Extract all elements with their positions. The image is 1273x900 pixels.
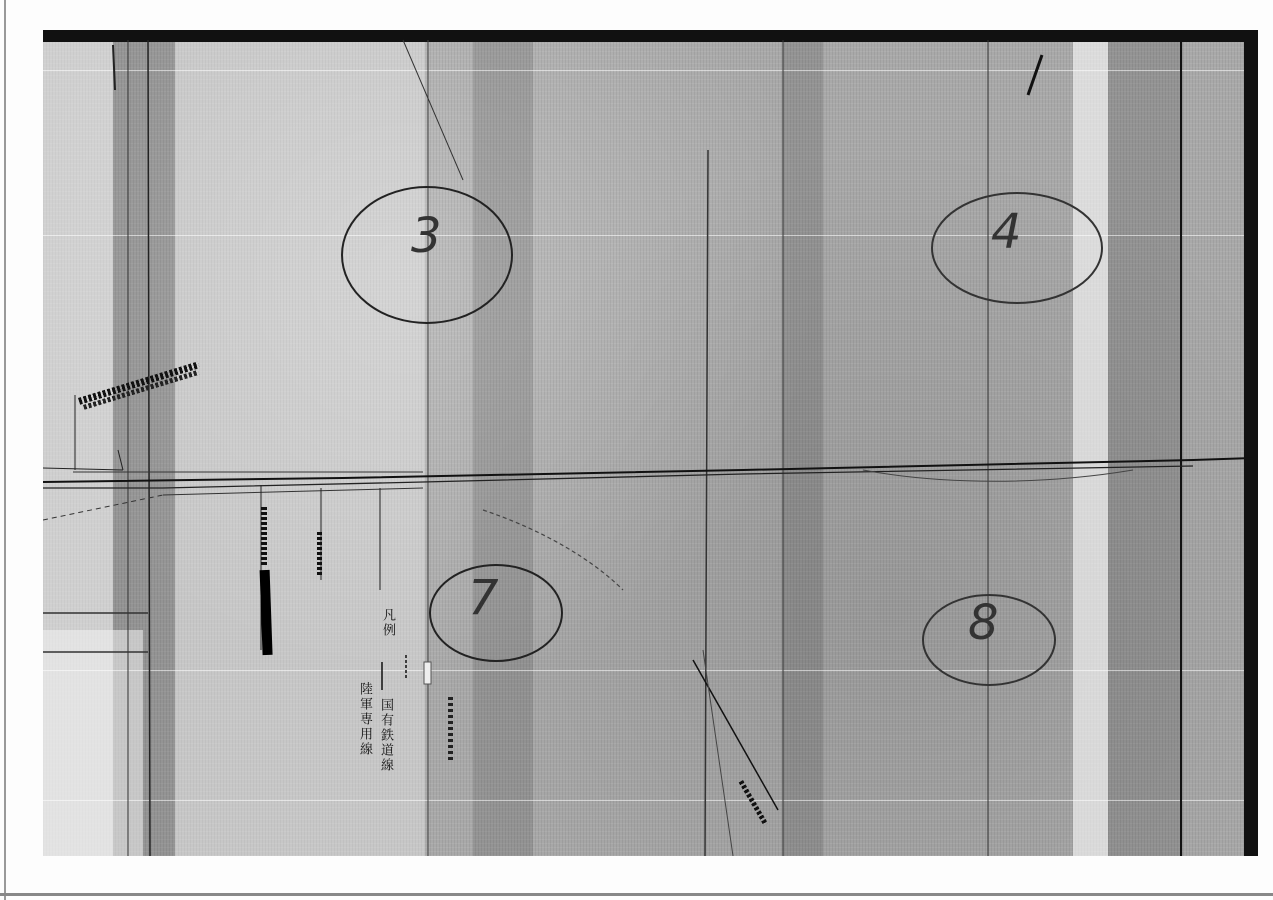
legend-item-army-line: 陸軍専用線: [355, 682, 374, 757]
legend-title: 凡例: [378, 608, 397, 638]
map-lines: [43, 30, 1258, 856]
legend-item-national-railway: 国有鉄道線: [376, 698, 395, 773]
vertical-annotation: [261, 505, 267, 565]
section-number-4: 4: [991, 204, 1022, 260]
map-sheet: 3 4 7 8 凡例 国有鉄道線 陸軍専用線: [43, 30, 1258, 856]
section-number-8: 8: [968, 595, 999, 651]
scan-frame-left: [4, 0, 6, 900]
scan-frame-bottom: [0, 893, 1273, 896]
vertical-annotation: [317, 530, 322, 575]
section-number-7: 7: [468, 570, 499, 626]
vertical-annotation: [448, 695, 453, 760]
section-number-3: 3: [411, 208, 442, 264]
